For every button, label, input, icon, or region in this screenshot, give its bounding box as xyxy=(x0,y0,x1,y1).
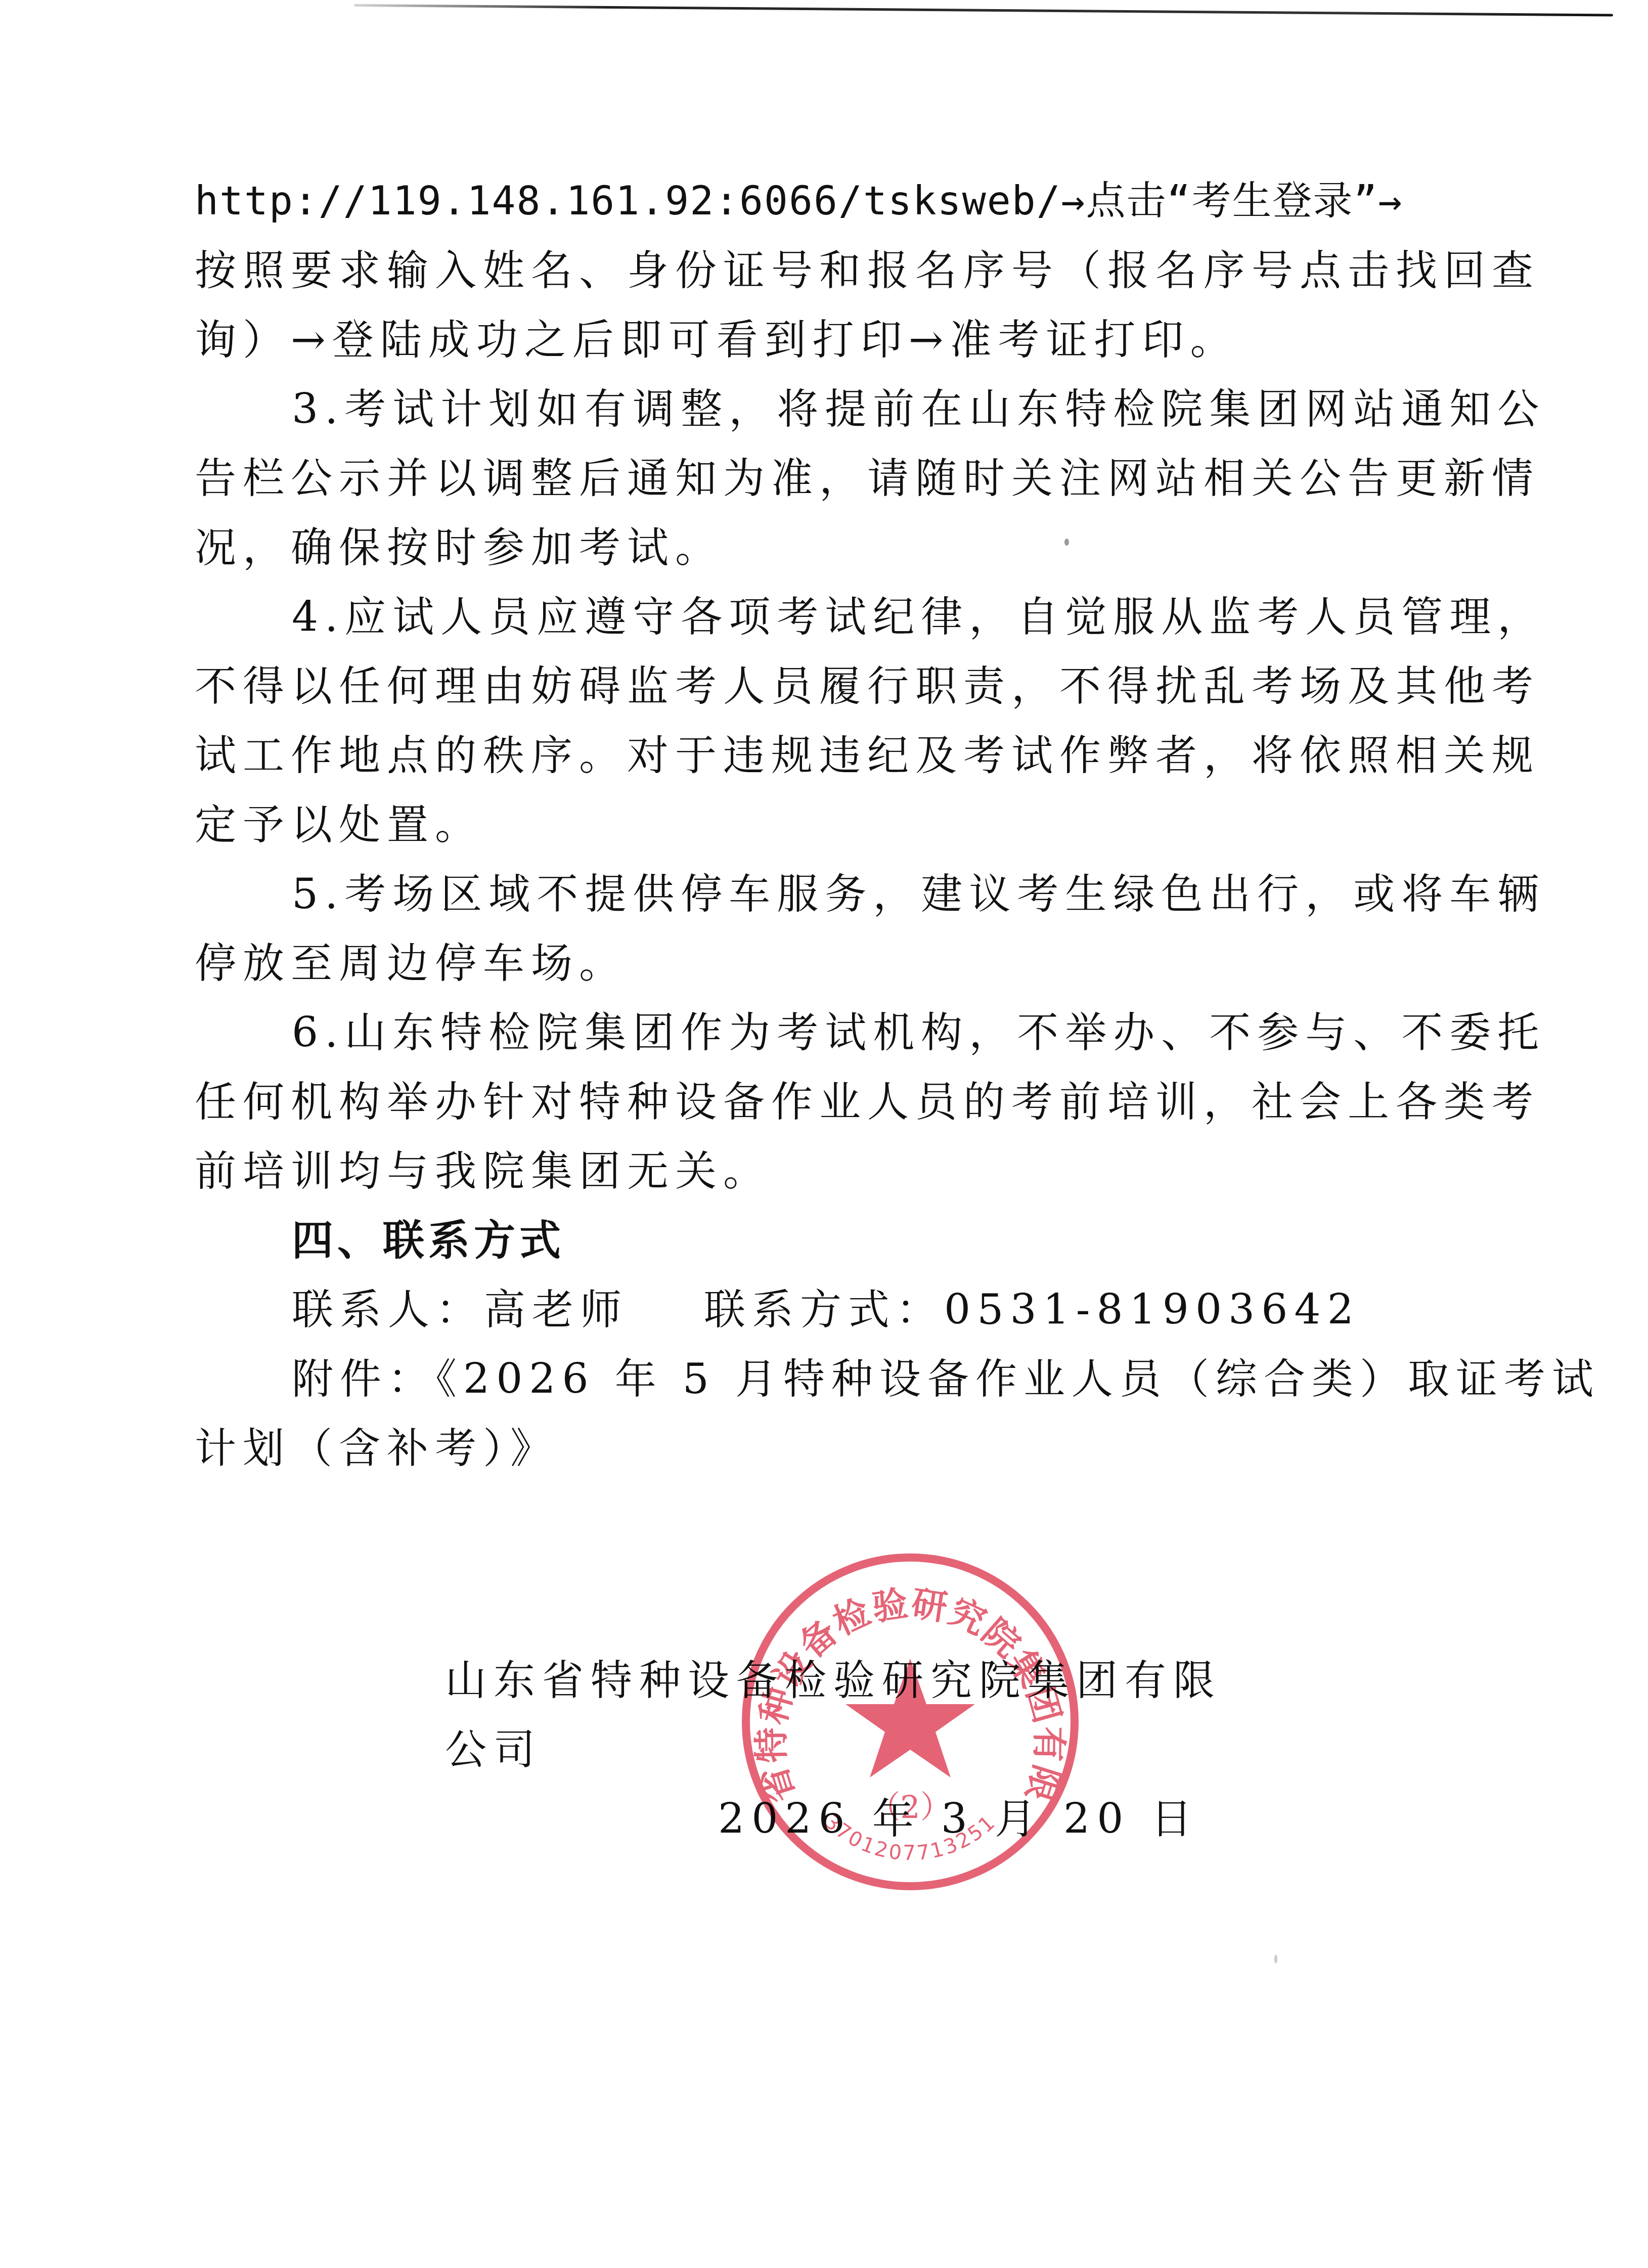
instruction-line: 按照要求输入姓名、身份证号和报名序号（报名序号点击找回查 xyxy=(195,236,1418,305)
item-line: 6.山东特检院集团作为考试机构，不举办、不参与、不委托 xyxy=(195,998,1418,1068)
item-line: 不得以任何理由妨碍监考人员履行职责，不得扰乱考场及其他考 xyxy=(195,652,1418,721)
contact-line: 联系人：高老师联系方式：0531-81903642 xyxy=(195,1275,1418,1345)
item-line: 停放至周边停车场。 xyxy=(195,929,1418,998)
item-6: 6.山东特检院集团作为考试机构，不举办、不参与、不委托 任何机构举办针对特种设备… xyxy=(195,998,1418,1206)
item-line: 定予以处置。 xyxy=(195,790,1418,860)
star-icon xyxy=(845,1659,975,1777)
item-line: 5.考场区域不提供停车服务，建议考生绿色出行，或将车辆 xyxy=(195,860,1418,929)
url-instruction-line: http://119.148.161.92:6066/tsksweb/→点击“考… xyxy=(195,167,1418,236)
scan-speck xyxy=(1274,1954,1277,1964)
item-4: 4.应试人员应遵守各项考试纪律，自觉服从监考人员管理， 不得以任何理由妨碍监考人… xyxy=(195,583,1418,860)
item-line: 告栏公示并以调整后通知为准，请随时关注网站相关公告更新情 xyxy=(195,444,1418,513)
section-heading-contact: 四、联系方式 xyxy=(195,1206,1418,1275)
attachment-line: 计划（含补考）》 xyxy=(195,1414,1418,1483)
item-line: 4.应试人员应遵守各项考试纪律，自觉服从监考人员管理， xyxy=(195,583,1418,652)
contact-person-label: 联系人： xyxy=(292,1286,484,1334)
item-line: 3.考试计划如有调整，将提前在山东特检院集团网站通知公 xyxy=(195,375,1418,444)
item-5: 5.考场区域不提供停车服务，建议考生绿色出行，或将车辆 停放至周边停车场。 xyxy=(195,860,1418,998)
item-line: 试工作地点的秩序。对于违规违纪及考试作弊者，将依照相关规 xyxy=(195,721,1418,790)
instruction-line: 询）→登陆成功之后即可看到打印→准考证打印。 xyxy=(195,305,1418,375)
contact-method-label: 联系方式： xyxy=(704,1286,944,1334)
item-line: 况，确保按时参加考试。 xyxy=(195,513,1418,583)
attachment-line: 附件：《2026 年 5 月特种设备作业人员（综合类）取证考试 xyxy=(195,1345,1418,1414)
item-line: 任何机构举办针对特种设备作业人员的考前培训，社会上各类考 xyxy=(195,1068,1418,1137)
scan-edge-line xyxy=(354,4,1613,17)
seal-graphic: 山东省特种设备检验研究院集团有限公司 （2） 3701207713251 xyxy=(738,1550,1082,1894)
document-body: http://119.148.161.92:6066/tsksweb/→点击“考… xyxy=(195,167,1418,1483)
seal-sub-mark: （2） xyxy=(869,1789,951,1826)
item-3: 3.考试计划如有调整，将提前在山东特检院集团网站通知公 告栏公示并以调整后通知为… xyxy=(195,375,1418,583)
contact-phone: 0531-81903642 xyxy=(944,1286,1360,1334)
attachment: 附件：《2026 年 5 月特种设备作业人员（综合类）取证考试 计划（含补考）》 xyxy=(195,1345,1418,1483)
scan-speck xyxy=(1064,539,1069,546)
item-line: 前培训均与我院集团无关。 xyxy=(195,1137,1418,1206)
official-seal: 山东省特种设备检验研究院集团有限公司 （2） 3701207713251 xyxy=(738,1550,1082,1894)
contact-person: 高老师 xyxy=(484,1286,628,1334)
